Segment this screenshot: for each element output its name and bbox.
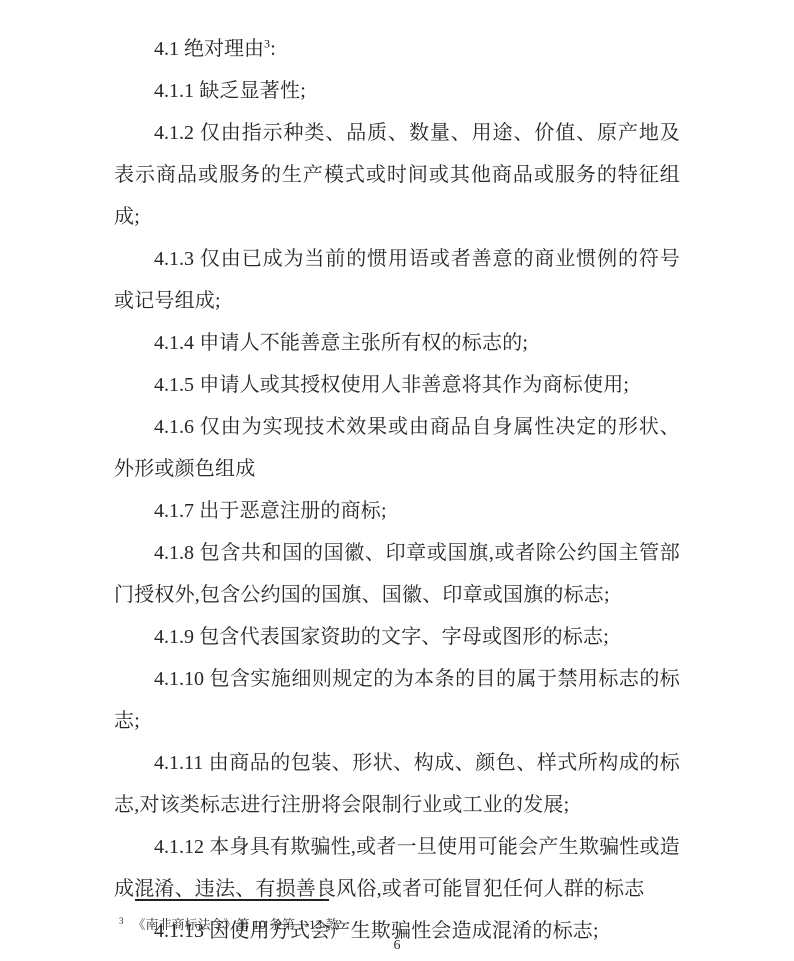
document-body: 4.1 绝对理由3: 4.1.1 缺乏显著性; 4.1.2 仅由指示种类、品质、… [114, 28, 680, 952]
clause: 4.1.5 申请人或其授权使用人非善意将其作为商标使用; [114, 364, 680, 406]
footnote-separator [135, 899, 329, 901]
clause: 4.1.2 仅由指示种类、品质、数量、用途、价值、原产地及表示商品或服务的生产模… [114, 112, 680, 238]
clause-heading-suffix: : [270, 38, 276, 60]
clause-text: 仅由已成为当前的惯用语或者善意的商业惯例的符号或记号组成; [114, 248, 680, 312]
clause: 4.1.9 包含代表国家资助的文字、字母或图形的标志; [114, 616, 680, 658]
clause-text: 出于恶意注册的商标; [199, 500, 387, 522]
clause: 4.1.4 申请人不能善意主张所有权的标志的; [114, 322, 680, 364]
clause-text: 包含共和国的国徽、印章或国旗,或者除公约国主管部门授权外,包含公约国的国旗、国徽… [114, 542, 680, 606]
clause-number: 4.1.2 [154, 122, 194, 144]
clause-text: 包含代表国家资助的文字、字母或图形的标志; [199, 626, 609, 648]
clause-heading: 4.1 绝对理由3: [114, 28, 680, 70]
clause-number: 4.1.6 [154, 416, 194, 438]
clause-text: 申请人或其授权使用人非善意将其作为商标使用; [199, 374, 629, 396]
clause-text: 仅由指示种类、品质、数量、用途、价值、原产地及表示商品或服务的生产模式或时间或其… [114, 122, 680, 228]
clause-text: 申请人不能善意主张所有权的标志的; [199, 332, 528, 354]
clause: 4.1.7 出于恶意注册的商标; [114, 490, 680, 532]
clause-number: 4.1.1 [154, 80, 194, 102]
clause-number: 4.1.12 [154, 836, 204, 858]
clause-number: 4.1.8 [154, 542, 194, 564]
footnote: 3《南非商标法令》第 10 条第 1-13 款 [119, 916, 338, 934]
clause: 4.1.6 仅由为实现技术效果或由商品自身属性决定的形状、外形或颜色组成 [114, 406, 680, 490]
footnote-marker: 3 [119, 916, 124, 926]
clause-number: 4.1.7 [154, 500, 194, 522]
clause-number: 4.1.10 [154, 668, 204, 690]
page-number: 6 [0, 938, 794, 954]
clause: 4.1.1 缺乏显著性; [114, 70, 680, 112]
clause: 4.1.10 包含实施细则规定的为本条的目的属于禁用标志的标志; [114, 658, 680, 742]
clause: 4.1.11 由商品的包装、形状、构成、颜色、样式所构成的标志,对该类标志进行注… [114, 742, 680, 826]
clause-text: 缺乏显著性; [199, 80, 306, 102]
clause-list: 4.1.1 缺乏显著性; 4.1.2 仅由指示种类、品质、数量、用途、价值、原产… [114, 70, 680, 952]
clause-text: 仅由为实现技术效果或由商品自身属性决定的形状、外形或颜色组成 [114, 416, 680, 480]
clause-number: 4.1.4 [154, 332, 194, 354]
clause: 4.1.3 仅由已成为当前的惯用语或者善意的商业惯例的符号或记号组成; [114, 238, 680, 322]
clause-number: 4.1.3 [154, 248, 194, 270]
clause-heading-text: 4.1 绝对理由 [154, 38, 264, 60]
clause: 4.1.8 包含共和国的国徽、印章或国旗,或者除公约国主管部门授权外,包含公约国… [114, 532, 680, 616]
clause-number: 4.1.11 [154, 752, 203, 774]
clause-number: 4.1.9 [154, 626, 194, 648]
clause-number: 4.1.5 [154, 374, 194, 396]
document-page: 4.1 绝对理由3: 4.1.1 缺乏显著性; 4.1.2 仅由指示种类、品质、… [0, 0, 794, 961]
footnote-text: 《南非商标法令》第 10 条第 1-13 款 [133, 917, 339, 932]
clause: 4.1.12 本身具有欺骗性,或者一旦使用可能会产生欺骗性或造成混淆、违法、有损… [114, 826, 680, 910]
